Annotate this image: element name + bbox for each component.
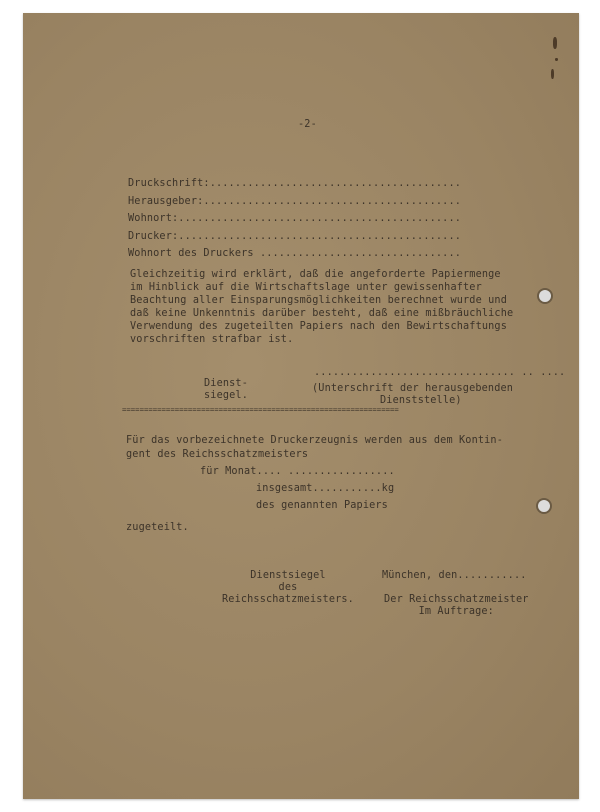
paper-damage-mark (555, 58, 558, 61)
month-field: für Monat.... ................. (200, 466, 395, 478)
punch-hole (539, 290, 551, 302)
treasurer-office: Der ReichsschatzmeisterIm Auftrage: (384, 594, 529, 618)
signature-line: ................................ .. .... (314, 367, 565, 379)
field-wohnort: Wohnort:................................… (128, 213, 461, 225)
field-label: Drucker: (128, 231, 178, 242)
field-druckschrift: Druckschrift:...........................… (128, 178, 461, 190)
caption-line: (Unterschrift der herausgebenden (312, 383, 513, 395)
treasurer-seal-label: DienstsiegeldesReichsschatzmeisters. (222, 570, 354, 606)
allocation-line: Für das vorbezeichnete Druckerzeugnis we… (126, 434, 503, 448)
declaration-line: Verwendung des zugeteilten Papiers nach … (130, 320, 513, 333)
paper-damage-mark (553, 37, 557, 49)
declaration-paragraph: Gleichzeitig wird erklärt, daß die angef… (130, 268, 513, 346)
declaration-line: vorschriften strafbar ist. (130, 333, 513, 346)
office-line: Im Auftrage: (384, 606, 529, 618)
declaration-line: im Hinblick auf die Wirtschaftslage unte… (130, 281, 513, 294)
field-drucker: Drucker:................................… (128, 231, 461, 243)
field-label: Wohnort des Druckers (128, 248, 254, 259)
seal-line: Reichsschatzmeisters. (222, 594, 354, 606)
seal-line: Dienstsiegel (222, 570, 354, 582)
field-label: Herausgeber: (128, 196, 203, 207)
office-line: Der Reichsschatzmeister (384, 594, 529, 606)
paper-type-line: des genannten Papiers (256, 500, 388, 512)
seal-label-line: siegel. (204, 390, 248, 402)
separator-line: ========================================… (122, 404, 399, 416)
field-leader: ........................................… (178, 213, 461, 224)
allocation-intro: Für das vorbezeichnete Druckerzeugnis we… (126, 434, 503, 462)
seal-label-line: Dienst- (204, 378, 248, 390)
punch-hole (538, 500, 550, 512)
page-number: -2- (298, 119, 317, 131)
field-leader: ........................................ (210, 178, 461, 189)
place-date-field: München, den........... (382, 570, 527, 582)
allocation-line: gent des Reichsschatzmeisters (126, 448, 503, 462)
field-leader: ................................ (254, 248, 461, 259)
declaration-line: Gleichzeitig wird erklärt, daß die angef… (130, 268, 513, 281)
field-label: Druckschrift: (128, 178, 210, 189)
paper-damage-mark (551, 69, 554, 79)
field-leader: ........................................… (178, 231, 461, 242)
field-wohnort-des-druckers: Wohnort des Druckers ...................… (128, 248, 461, 260)
field-label: Wohnort: (128, 213, 178, 224)
declaration-line: daß keine Unkenntnis darüber besteht, da… (130, 307, 513, 320)
declaration-line: Beachtung aller Einsparungsmöglichkeiten… (130, 294, 513, 307)
field-leader: ........................................… (203, 196, 461, 207)
seal-line: des (222, 582, 354, 594)
total-kg-field: insgesamt...........kg (256, 483, 394, 495)
seal-label: Dienst-siegel. (204, 378, 248, 402)
field-herausgeber: Herausgeber:............................… (128, 196, 461, 208)
allocation-closing: zugeteilt. (126, 522, 189, 534)
